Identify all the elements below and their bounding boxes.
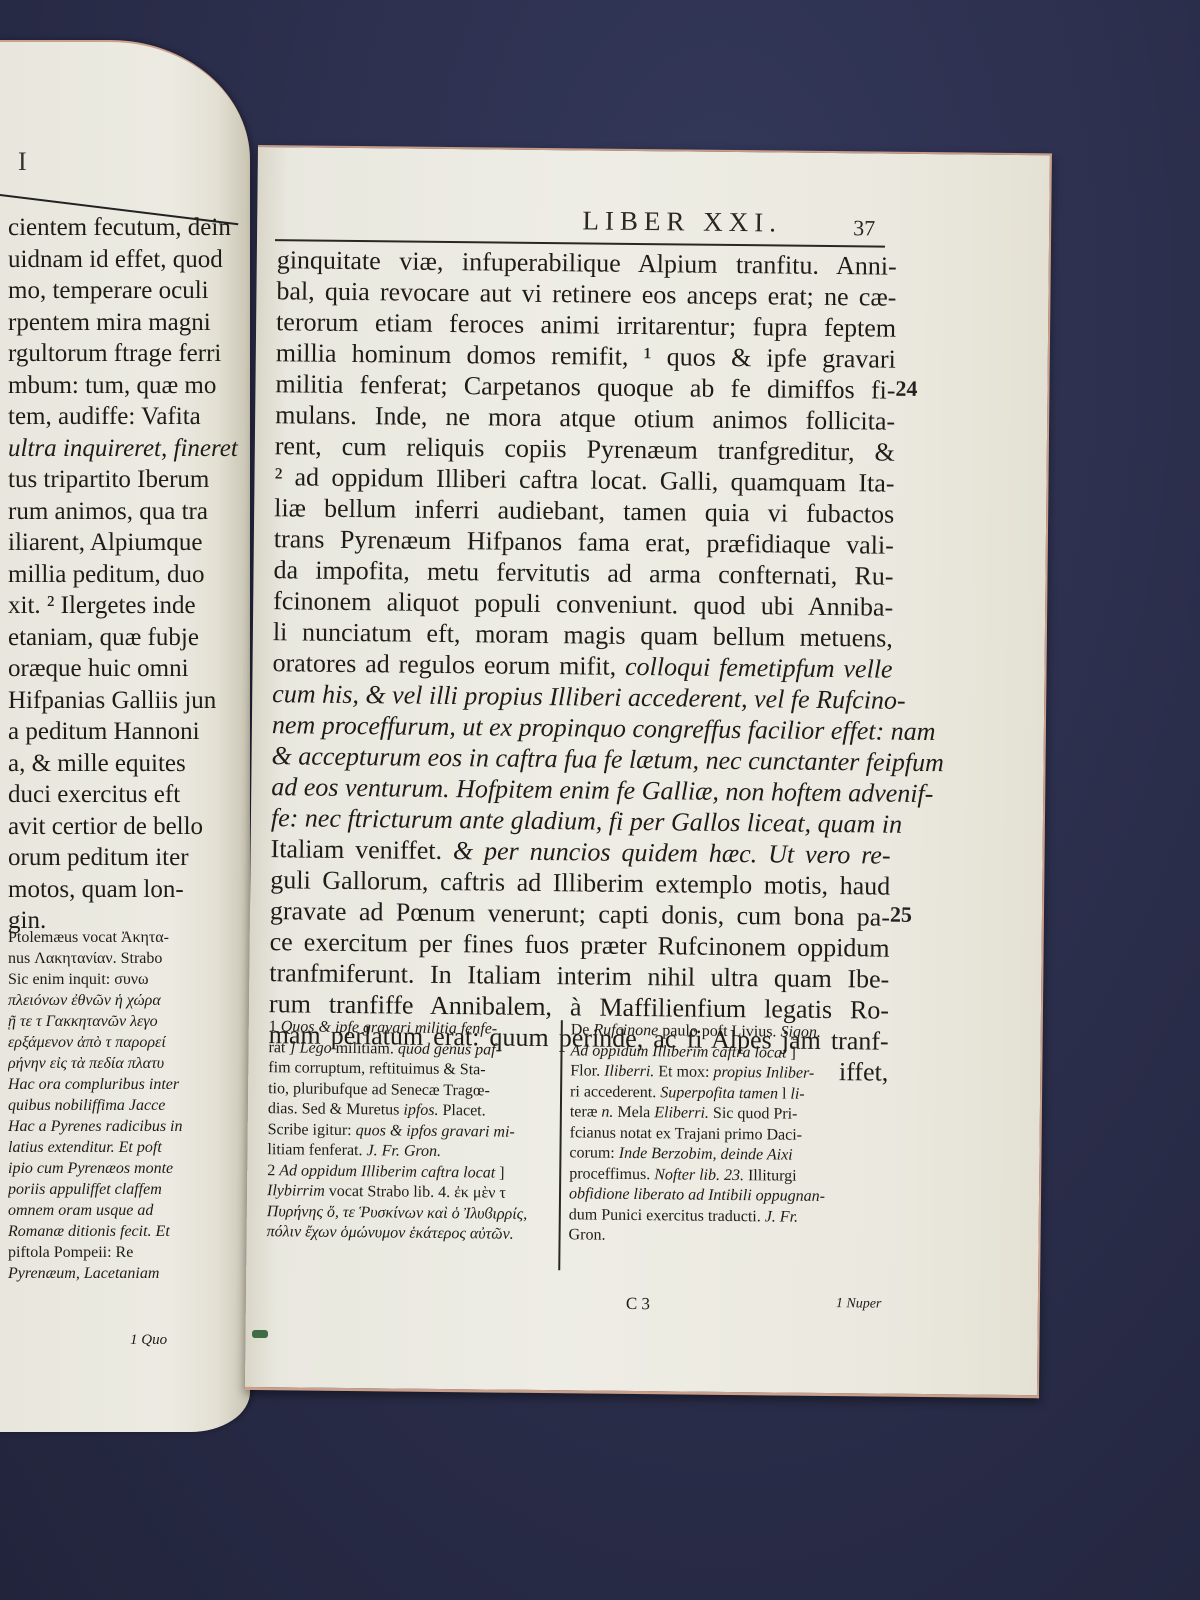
text-line: orum peditum iter — [8, 842, 240, 874]
text-line: rpentem mira magni — [8, 307, 240, 339]
left-running-head: I — [18, 147, 31, 177]
text-line: Romanæ ditionis fecit. Et — [8, 1221, 236, 1242]
text-line: 1 Quos & ipfe gravari militia fenfe- — [269, 1017, 567, 1041]
text-line: obfidione liberato ad Intibili oppugnan- — [569, 1184, 867, 1208]
right-book-page: LIBER XXI. 37 ginquitate viæ, infuperabi… — [245, 145, 1052, 1398]
text-line: latius extenditur. Et poft — [8, 1137, 236, 1158]
text-line: dum Punici exercitus traducti. J. Fr. — [569, 1205, 867, 1229]
text-line: avit certior de bello — [8, 811, 240, 843]
signature-mark: C 3 — [626, 1294, 650, 1314]
page-header: LIBER XXI. — [257, 202, 917, 240]
left-body-text: cientem fecutum, deinuidnam id effet, qu… — [8, 212, 240, 937]
text-line: cientem fecutum, dein — [8, 212, 240, 244]
text-line: dias. Sed & Muretus ipfos. Placet. — [268, 1099, 566, 1123]
text-line: ῇ τε τ Γακκητανῶν λεγο — [8, 1011, 236, 1032]
margin-chapter-number: 25 — [890, 902, 912, 928]
text-line: mbum: tum, quæ mo — [8, 370, 240, 402]
text-line: nus Λακητανίαν. Strabo — [8, 948, 236, 969]
text-line: ερξάμενον ἀπὸ τ παρορεί — [8, 1032, 236, 1053]
text-line: tem, audiffe: Vafita — [8, 401, 240, 433]
left-footnotes: Ptolemæus vocat Ἀκητα-nus Λακητανίαν. St… — [8, 927, 236, 1284]
text-line: rum animos, qua tra — [8, 496, 240, 528]
text-line: Hac a Pyrenes radicibus in — [8, 1116, 236, 1137]
text-line: litiam fenferat. J. Fr. Gron. — [267, 1140, 565, 1164]
text-line: millia peditum, duo — [8, 559, 240, 591]
text-line: rgultorum ftrage ferri — [8, 338, 240, 370]
text-line: Flor. Iliberri. Et mox: propius Inliber- — [570, 1061, 868, 1085]
running-head-title: LIBER XXI. — [582, 205, 782, 237]
text-line: motos, quam lon- — [8, 874, 240, 906]
text-line: a, & mille equites — [8, 748, 240, 780]
text-line: πόλιν ἔχων ὁμώνυμον ἑκάτερος αὐτῶν. — [267, 1222, 565, 1246]
text-line: iliarent, Alpiumque — [8, 527, 240, 559]
text-line: Sic enim inquit: συνω — [8, 969, 236, 990]
text-line: tus tripartito Iberum — [8, 464, 240, 496]
text-line: oræque huic omni — [8, 653, 240, 685]
text-line: Hac ora compluribus inter — [8, 1074, 236, 1095]
footnotes-column-2: De Rufcinone paulo poft Livius. Sigon. A… — [568, 1020, 868, 1249]
text-line: Ilybirrim vocat Strabo lib. 4. ἐκ μὲν τ — [267, 1181, 565, 1205]
text-line: fim corruptum, reftituimus & Sta- — [268, 1058, 566, 1082]
text-line: piftola Pompeii: Re — [8, 1242, 236, 1263]
text-line: teræ n. Mela Eliberri. Sic quod Pri- — [570, 1102, 868, 1126]
text-line: uidnam id effet, quod — [8, 244, 240, 276]
text-line: ipio cum Pyrenæos monte — [8, 1158, 236, 1179]
text-line: etaniam, quæ fubje — [8, 622, 240, 654]
text-line: Ptolemæus vocat Ἀκητα- — [8, 927, 236, 948]
text-line: ultra inquireret, fineret — [8, 433, 240, 465]
text-line: Hifpanias Galliis jun — [8, 685, 240, 717]
text-line: Gron. — [568, 1225, 866, 1249]
text-line: mo, temperare oculi — [8, 275, 240, 307]
margin-chapter-number: 24 — [895, 376, 917, 402]
text-line: xit. ² Ilergetes inde — [8, 590, 240, 622]
catchword: 1 Nuper — [836, 1296, 882, 1312]
text-line: omnem oram usque ad — [8, 1200, 236, 1221]
text-line: πλειόνων ἐθνῶν ἡ χώρα — [8, 990, 236, 1011]
main-body-text: ginquitate viæ, infuperabilique Alpium t… — [268, 244, 897, 1087]
text-line: poriis appuliffet claffem — [8, 1179, 236, 1200]
text-line: De Rufcinone paulo poft Livius. Sigon. — [571, 1020, 869, 1044]
text-line: a peditum Hannoni — [8, 716, 240, 748]
text-line: corum: Inde Berzobim, deinde Aixi — [569, 1143, 867, 1167]
footnotes-column-1: 1 Quos & ipfe gravari militia fenfe-rat … — [267, 1017, 567, 1246]
left-book-page: I cientem fecutum, deinuidnam id effet, … — [0, 40, 250, 1432]
text-line: duci exercitus eft — [8, 779, 240, 811]
left-catchword: 1 Quo — [130, 1332, 167, 1349]
page-number: 37 — [853, 215, 875, 241]
text-line: ρήνην εἰς τὰ πεδία πλατυ — [8, 1053, 236, 1074]
ribbon-bookmark — [252, 1330, 268, 1338]
text-line: Pyrenæum, Lacetaniam — [8, 1263, 236, 1284]
text-line: quibus nobiliffima Jacce — [8, 1095, 236, 1116]
